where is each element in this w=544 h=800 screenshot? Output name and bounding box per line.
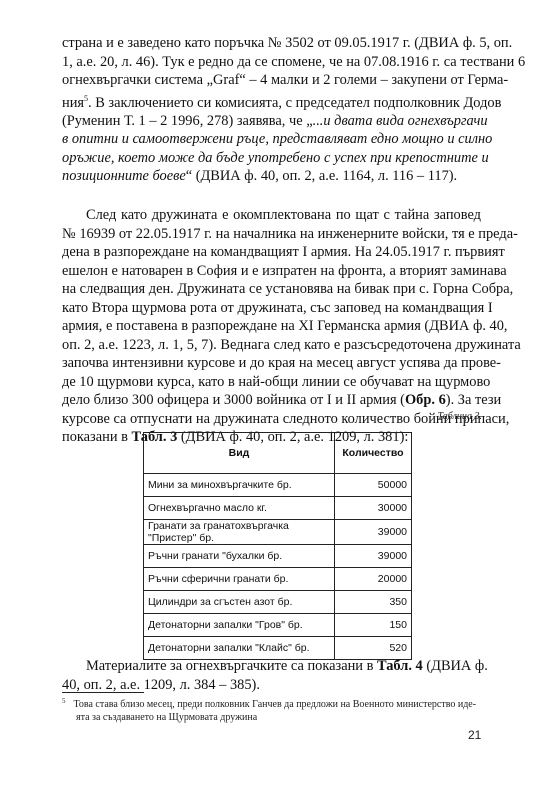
text-line: армия, е поставена в разпореждане на XI … — [62, 317, 481, 336]
supplies-table: Вид Количество Мини за минохвъргачките б… — [143, 432, 412, 660]
text-fragment: “ (ДВИА ф. 40, оп. 2, а.е. 1164, л. 116 … — [186, 168, 457, 184]
text-fragment: показани в — [62, 429, 132, 445]
text-line: като Втора щурмова рота от дружината, съ… — [62, 299, 481, 318]
footnote: 5Това става близо месец, преди полковник… — [62, 695, 481, 724]
table-row: Детонаторни запалки "Гров" бр.150 — [144, 614, 412, 637]
quote-fragment: позиционните боеве — [62, 168, 186, 184]
column-header-quantity: Количество — [335, 433, 412, 474]
footnote-line: ята за създаването на Щурмовата дружина — [62, 711, 481, 724]
table-reference[interactable]: Табл. 4 — [377, 658, 423, 674]
text-fragment: ). За тези — [446, 392, 501, 408]
text-line: де 10 щурмови курса, като в най-общи лин… — [62, 373, 481, 392]
text-line: страна и е заведено като поръчка № 3502 … — [62, 34, 481, 53]
table-row: Ръчни сферични гранати бр.20000 — [144, 568, 412, 591]
footnote-text: Това става близо месец, преди полковник … — [74, 699, 477, 710]
text-line: започва интензивни курсове и до края на … — [62, 354, 481, 373]
text-line: ния5. В заключението си комисията, с пре… — [62, 90, 481, 112]
table-row: Гранати за гранатохвъргачка "Пристер" бр… — [144, 520, 412, 545]
figure-reference[interactable]: Обр. 6 — [405, 392, 446, 408]
table-row: Мини за минохвъргачките бр.50000 — [144, 474, 412, 497]
text-line: дена в разпореждане на командващият I ар… — [62, 243, 481, 262]
text-fragment: дело близо 300 офицера и 3000 войника от… — [62, 392, 405, 408]
paragraph-1: страна и е заведено като поръчка № 3502 … — [62, 34, 481, 186]
table-row: Ръчни гранати "бухалки бр.39000 — [144, 545, 412, 568]
footnote-line: 5Това става близо месец, преди полковник… — [62, 699, 476, 710]
document-page: страна и е заведено като поръчка № 3502 … — [0, 0, 544, 800]
page-number: 21 — [468, 728, 481, 742]
text-fragment: ния — [62, 94, 84, 110]
footnote-divider — [62, 692, 144, 693]
table-row: Цилиндри за сгъстен азот бр.350 — [144, 591, 412, 614]
cell-quantity: 39000 — [335, 545, 412, 568]
quote-fragment: ...и двата вида огнехвъргачи — [313, 113, 488, 129]
cell-item: Цилиндри за сгъстен азот бр. — [144, 591, 335, 614]
column-header-type: Вид — [144, 433, 335, 474]
cell-item: Ръчни гранати "бухалки бр. — [144, 545, 335, 568]
text-fragment: (Руменин Т. 1 – 2 1996, 278) заявява, че… — [62, 113, 313, 129]
cell-item: Детонаторни запалки "Гров" бр. — [144, 614, 335, 637]
text-line: ешелон е натоварен в София и е изпратен … — [62, 262, 481, 281]
text-fragment: . В заключението си комисията, с председ… — [88, 94, 501, 110]
cell-quantity: 39000 — [335, 520, 412, 545]
table-caption: Таблица 3. — [438, 411, 482, 422]
text-line: 1, а.е. 20, л. 46). Тук е редно да се сп… — [62, 53, 481, 72]
cell-quantity: 20000 — [335, 568, 412, 591]
text-line: огнехвъргачки система „Graf“ – 4 малки и… — [62, 71, 481, 90]
paragraph-2: След като дружината е окомплектована по … — [62, 206, 481, 447]
cell-quantity: 150 — [335, 614, 412, 637]
text-line: оръжие, което може да бъде употребено с … — [62, 149, 481, 168]
cell-item: Мини за минохвъргачките бр. — [144, 474, 335, 497]
text-line: Материалите за огнехвъргачките са показа… — [62, 657, 481, 676]
paragraph-3: Материалите за огнехвъргачките са показа… — [62, 657, 481, 694]
text-line: на следващия ден. Дружината се установяв… — [62, 280, 481, 299]
text-line: курсове са отпуснати на дружината следно… — [62, 410, 481, 429]
cell-item: Ръчни сферични гранати бр. — [144, 568, 335, 591]
text-line: дело близо 300 офицера и 3000 войника от… — [62, 391, 481, 410]
cell-quantity: 30000 — [335, 497, 412, 520]
text-line: След като дружината е окомплектована по … — [62, 206, 481, 225]
table-row: Огнехвъргачно масло кг.30000 — [144, 497, 412, 520]
text-line: позиционните боеве“ (ДВИА ф. 40, оп. 2, … — [62, 167, 481, 186]
quote-fragment: оръжие, което може да бъде употребено с … — [62, 150, 489, 166]
text-fragment: Материалите за огнехвъргачките са показа… — [86, 658, 377, 674]
footnote-marker: 5 — [62, 697, 66, 705]
text-line: № 16939 от 22.05.1917 г. на началника на… — [62, 225, 481, 244]
cell-quantity: 50000 — [335, 474, 412, 497]
quote-fragment: в опитни и самоотвержени ръце, представл… — [62, 131, 492, 147]
cell-item: Гранати за гранатохвъргачка "Пристер" бр… — [144, 520, 335, 545]
cell-item: Огнехвъргачно масло кг. — [144, 497, 335, 520]
text-fragment: (ДВИА ф. — [423, 658, 488, 674]
text-line: оп. 2, а.е. 1223, л. 1, 5, 7). Веднага с… — [62, 336, 481, 355]
cell-quantity: 350 — [335, 591, 412, 614]
text-line: (Руменин Т. 1 – 2 1996, 278) заявява, че… — [62, 112, 481, 131]
table-header-row: Вид Количество — [144, 433, 412, 474]
text-line: в опитни и самоотвержени ръце, представл… — [62, 130, 481, 149]
